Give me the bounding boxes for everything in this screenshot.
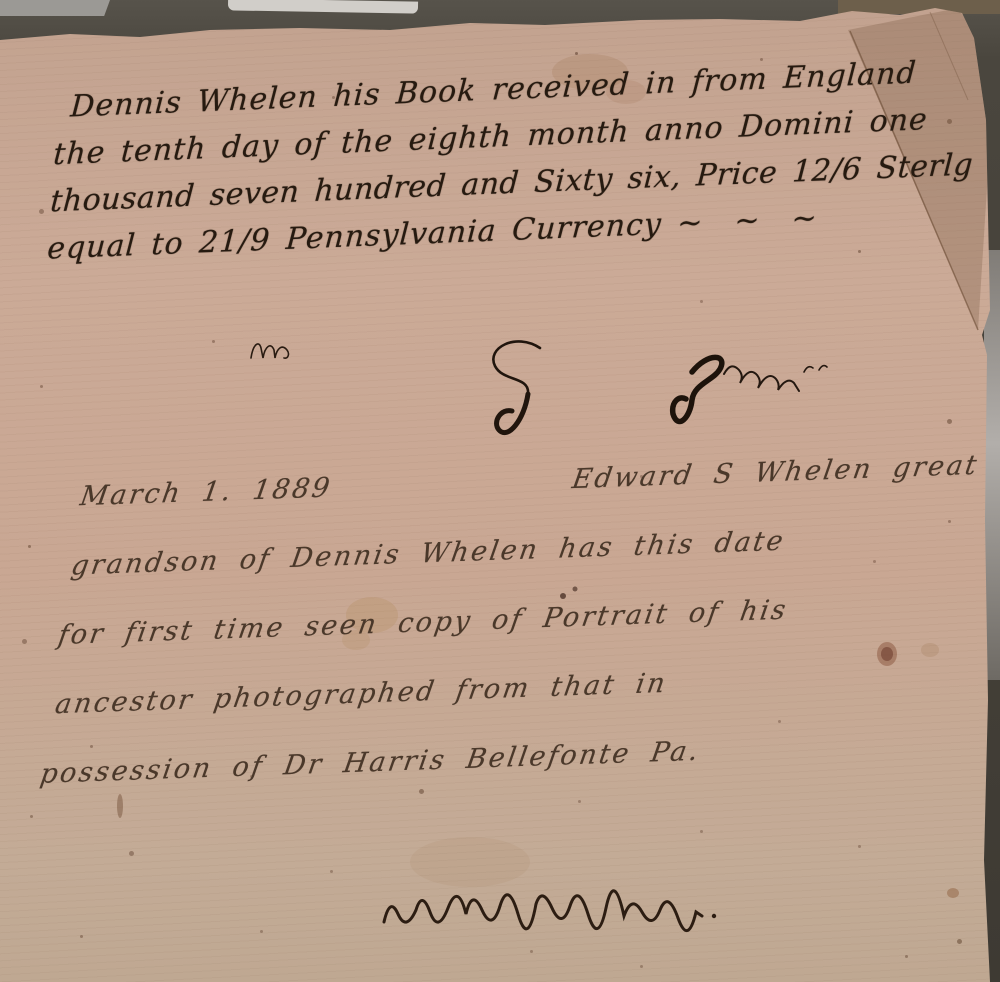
inscription-1889: March 1. 1889 Edward S Whelen great gran…: [31, 431, 965, 809]
inscription-1766: Dennis Whelen his Book received in from …: [46, 47, 967, 272]
stain: [947, 888, 959, 898]
book-page: Dennis Whelen his Book received in from …: [0, 0, 1000, 982]
pen-trial-suum-icon: [662, 342, 842, 437]
pen-flourish-icon: [478, 338, 568, 453]
background-gray-corner: [0, 0, 110, 16]
pen-trial-w-icon: [248, 332, 308, 376]
background-highlight-strip: [228, 0, 418, 14]
photo-canvas: Dennis Whelen his Book received in from …: [0, 0, 1000, 982]
pen-scribble-icon: [378, 878, 748, 940]
